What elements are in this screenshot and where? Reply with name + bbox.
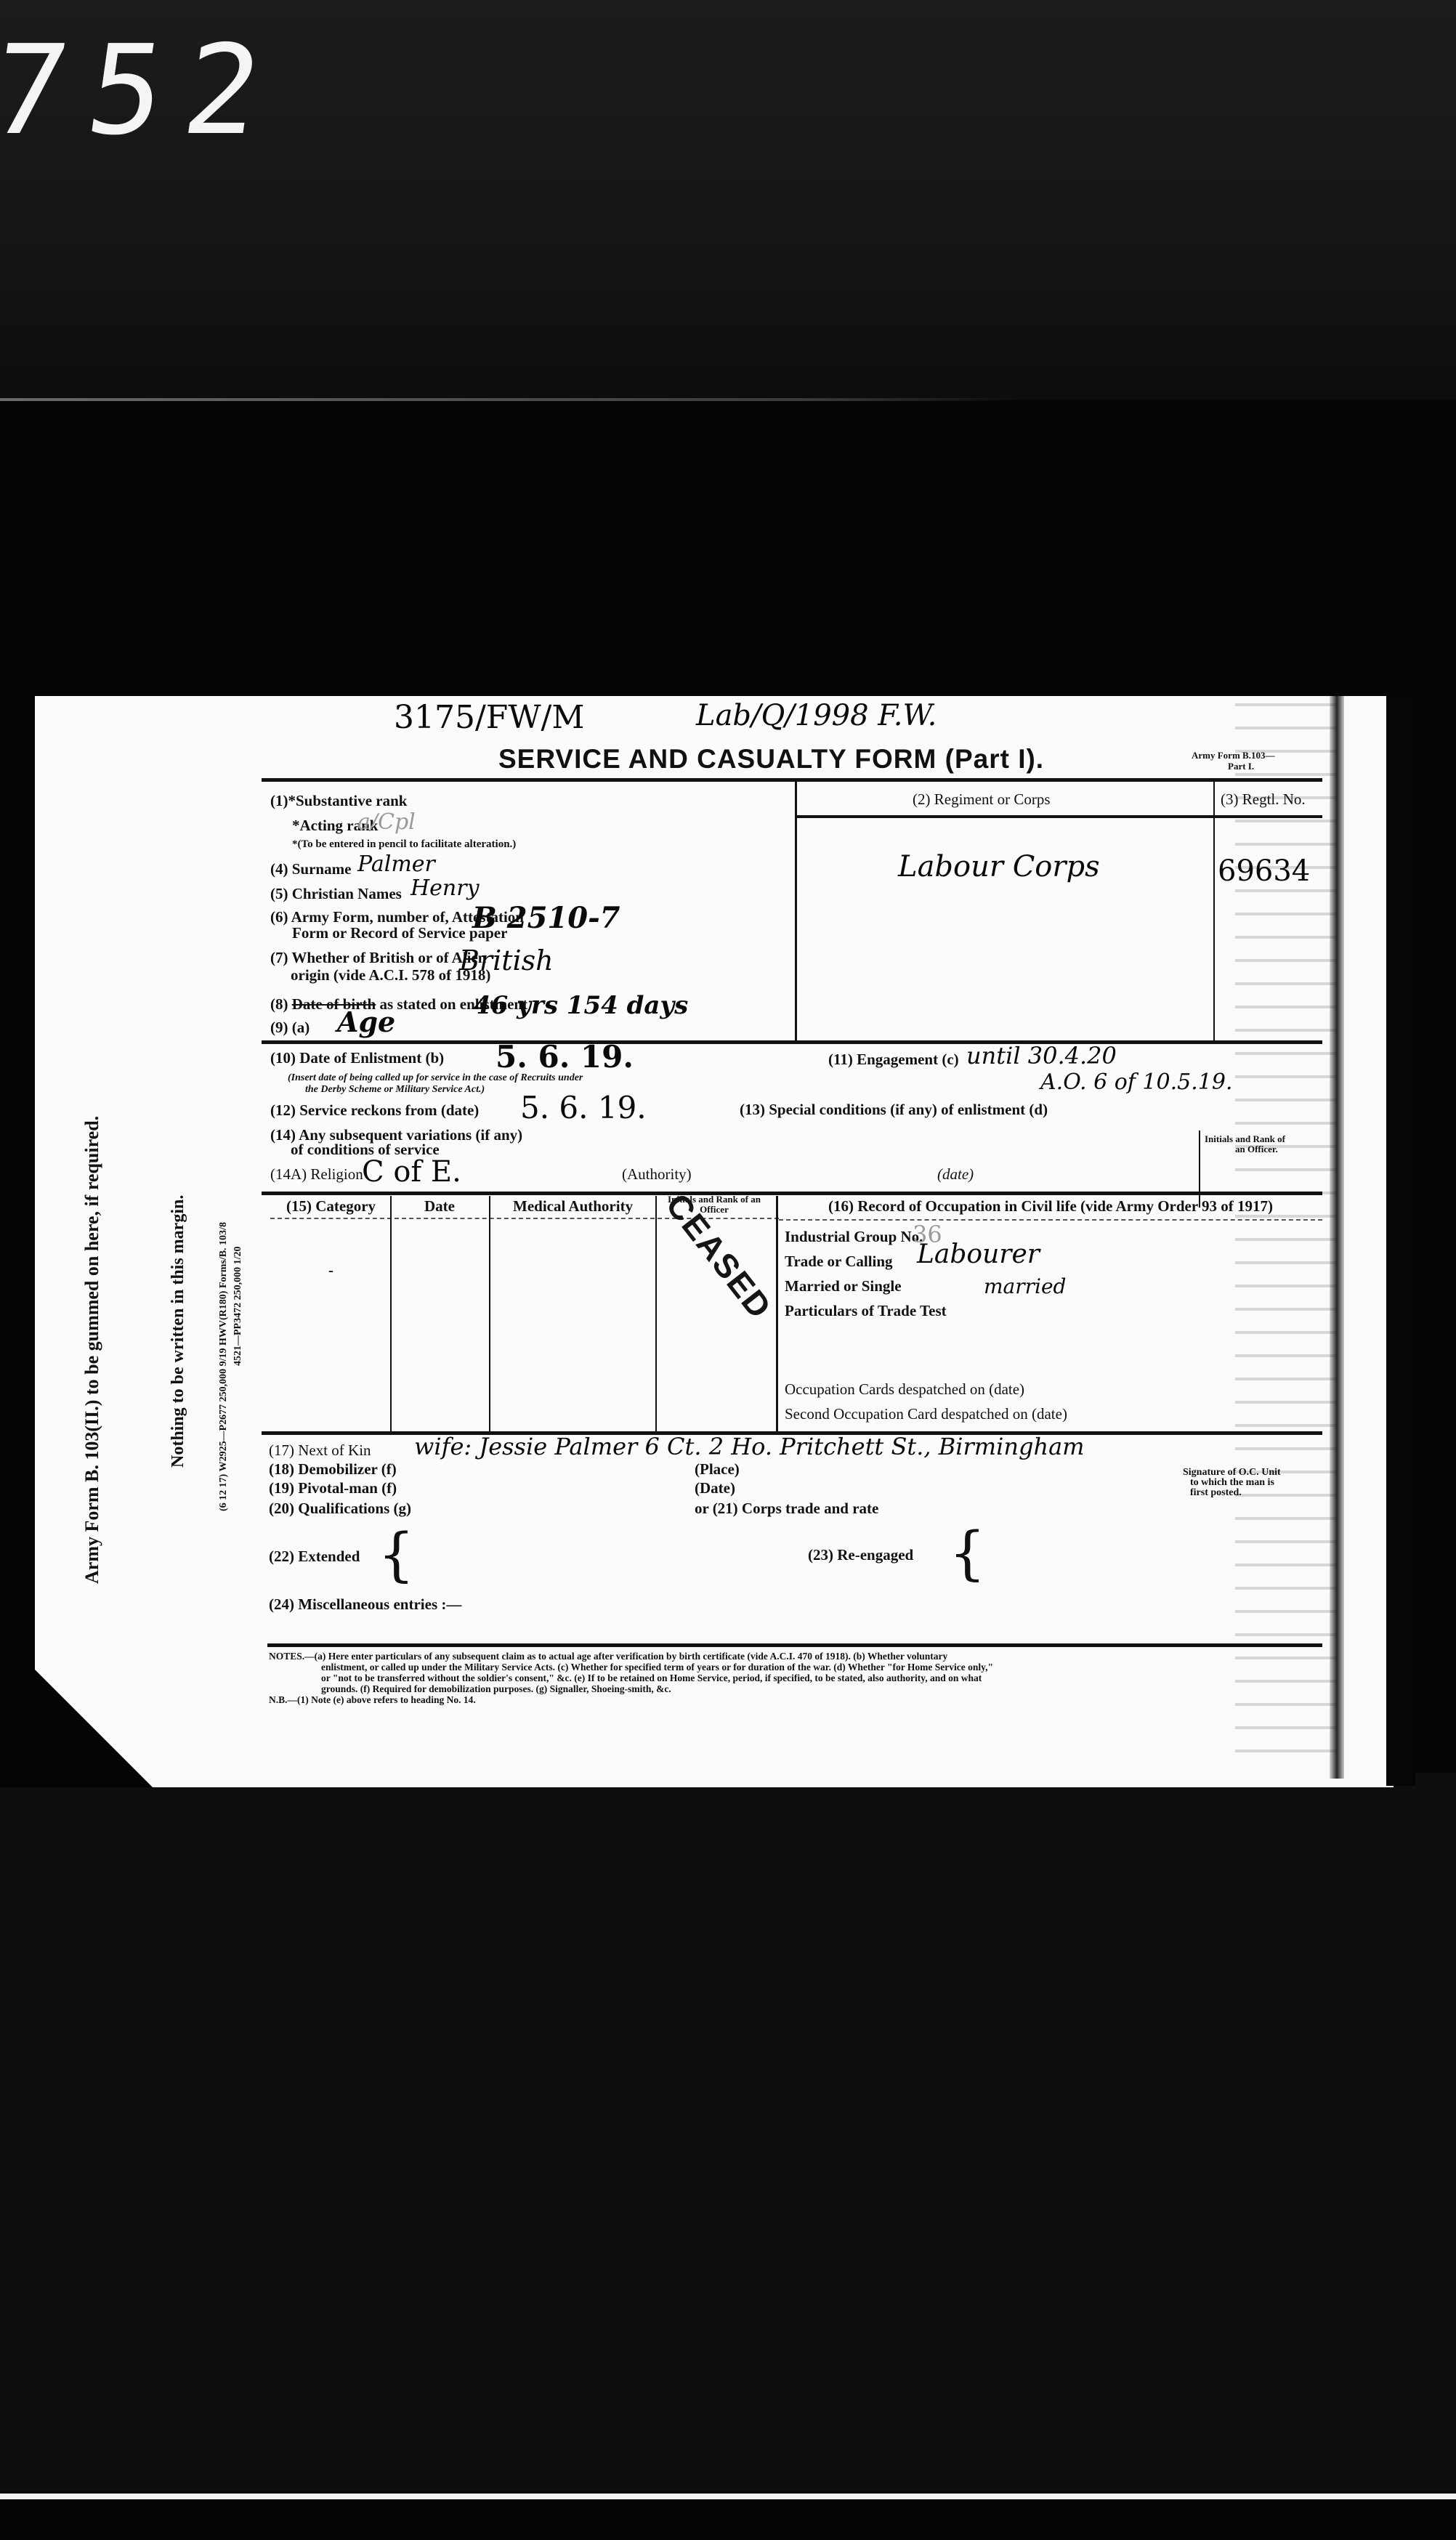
date-field-label: (Date) [695, 1479, 735, 1497]
initials-rank-label-2: an Officer. [1235, 1144, 1278, 1155]
reference-left: 3175/FW/M [394, 699, 584, 736]
rule [776, 1196, 778, 1431]
enlistment-note: (Insert date of being called up for serv… [288, 1072, 583, 1084]
microfilm-trailer [0, 1773, 1456, 2492]
christian-names-value: Henry [410, 875, 480, 901]
second-card-label: Second Occupation Card despatched on (da… [785, 1405, 1067, 1423]
enlistment-note-2: the Derby Scheme or Military Service Act… [305, 1084, 485, 1096]
nothing-note: Nothing to be written in this margin. [169, 1195, 188, 1468]
special-conditions-label: (13) Special conditions (if any) of enli… [740, 1101, 1048, 1119]
married-value: married [984, 1274, 1066, 1298]
print-line-2: 4521—PP3472 250,000 1/20 [232, 1247, 244, 1367]
acting-rank-value: a/Cpl [357, 809, 416, 835]
rule [262, 1192, 1322, 1195]
authority-label: (Authority) [622, 1165, 692, 1184]
rule [489, 1196, 490, 1431]
reckons-value: 5. 6. 19. [520, 1090, 647, 1125]
sheet-edge [1386, 696, 1415, 1786]
trade-label: Trade or Calling [785, 1253, 893, 1271]
fold-shadow [1330, 696, 1344, 1779]
medical-header-date: Date [424, 1197, 455, 1216]
religion-label: (14A) Religion [270, 1165, 363, 1184]
rule [779, 1219, 1322, 1221]
extended-label: (22) Extended [269, 1548, 360, 1566]
reference-right: Lab/Q/1998 F.W. [696, 699, 937, 732]
pivotal-label: (19) Pivotal-man (f) [269, 1479, 397, 1497]
reengaged-brace-icon: { [949, 1524, 986, 1582]
medical-row-category: - [328, 1261, 333, 1279]
torn-corner [0, 1635, 153, 1787]
form-id: Army Form B.103— [1192, 750, 1274, 761]
engagement-authority: A.O. 6 of 10.5.19. [1040, 1069, 1232, 1095]
rule [795, 815, 1322, 818]
married-label: Married or Single [785, 1277, 902, 1295]
origin-value: British [459, 945, 554, 976]
army-form-value: B 2510-7 [472, 901, 620, 935]
notes: NOTES.—(a) Here enter particulars of any… [269, 1651, 993, 1705]
form-title: SERVICE AND CASUALTY FORM (Part I). [498, 744, 1044, 774]
age-value: Age [337, 1006, 395, 1038]
occupation-heading: (16) Record of Occupation in Civil life … [828, 1197, 1273, 1216]
rule [262, 778, 1322, 782]
film-edge-line [0, 2494, 1456, 2499]
print-line: (6 12 17) W2925—P2677 250,000 9/19 HWV(R… [218, 1222, 230, 1511]
rule [655, 1196, 657, 1431]
rule [1199, 1131, 1200, 1208]
signature-label: Signature of O.C. Unit to which the man … [1183, 1468, 1281, 1498]
next-of-kin-label: (17) Next of Kin [269, 1441, 371, 1460]
pencil-note: *(To be entered in pencil to facilitate … [292, 838, 516, 851]
origin-label: (7) Whether of British or of Alien [270, 949, 487, 967]
film-scratch-line [0, 398, 1017, 401]
place-label: (Place) [695, 1460, 740, 1479]
engagement-label: (11) Engagement (c) [828, 1051, 959, 1069]
trade-test-label: Particulars of Trade Test [785, 1302, 947, 1320]
christian-names-label: (5) Christian Names [270, 885, 402, 903]
birth-value: 46 yrs 154 days [474, 991, 688, 1020]
form-id-part: Part I. [1228, 761, 1254, 772]
trade-value: Labourer [917, 1239, 1040, 1269]
corps-trade-label: or (21) Corps trade and rate [695, 1500, 878, 1518]
qualifications-label: (20) Qualifications (g) [269, 1500, 411, 1518]
frame-number: 752 [0, 29, 290, 153]
reckons-label: (12) Service reckons from (date) [270, 1101, 479, 1120]
regtl-no-label: (3) Regtl. No. [1221, 790, 1306, 809]
date-label: (date) [937, 1165, 974, 1184]
enlistment-value: 5. 6. 19. [496, 1039, 634, 1075]
regiment-value: Labour Corps [898, 850, 1100, 883]
next-of-kin-value: wife: Jessie Palmer 6 Ct. 2 Ho. Pritchet… [414, 1433, 1085, 1460]
rule [1213, 781, 1215, 1043]
industrial-group-label: Industrial Group No. [785, 1228, 923, 1246]
surname-label: (4) Surname [270, 860, 351, 878]
substantive-rank-label: (1)*Substantive rank [270, 792, 407, 810]
rule [262, 1040, 1322, 1044]
rule [267, 1643, 1322, 1647]
demobilizer-label: (18) Demobilizer (f) [269, 1460, 397, 1479]
religion-value: C of E. [362, 1155, 461, 1189]
engagement-value: until 30.4.20 [966, 1042, 1117, 1069]
enlistment-label: (10) Date of Enlistment (b) [270, 1049, 444, 1067]
medical-header-authority: Medical Authority [513, 1197, 633, 1216]
miscellaneous-label: (24) Miscellaneous entries :— [269, 1595, 461, 1614]
rule [390, 1196, 392, 1431]
medical-header-category: (15) Category [286, 1197, 376, 1216]
gum-note: Army Form B. 103(II.) to be gummed on he… [81, 1116, 103, 1584]
regtl-no-value: 69634 [1218, 854, 1310, 888]
rule [795, 781, 797, 1043]
reengaged-label: (23) Re-engaged [808, 1546, 913, 1564]
surname-value: Palmer [357, 852, 435, 877]
regiment-label: (2) Regiment or Corps [913, 790, 1051, 809]
extended-brace-icon: { [378, 1526, 415, 1584]
age-label: (9) (a) [270, 1019, 310, 1037]
cards-despatched-label: Occupation Cards despatched on (date) [785, 1380, 1024, 1399]
